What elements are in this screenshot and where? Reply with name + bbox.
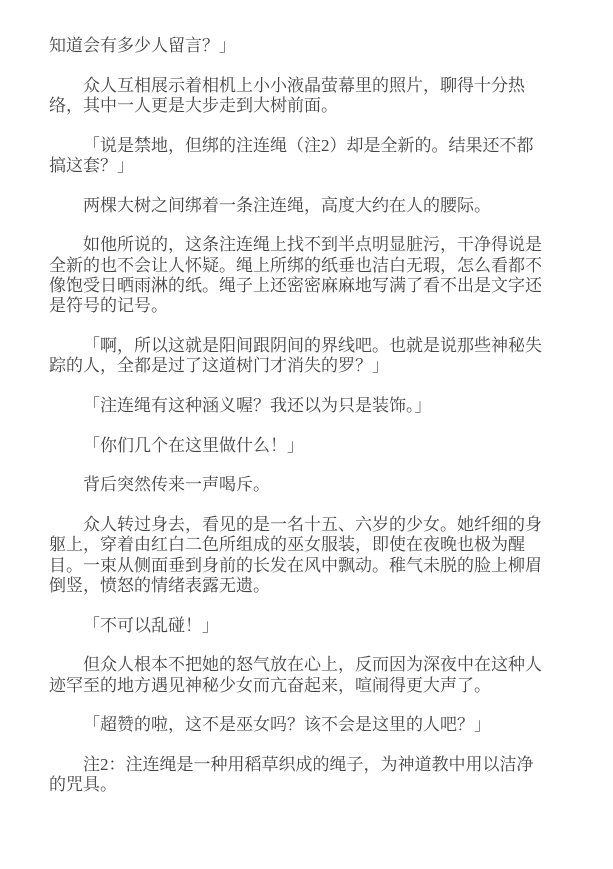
dialogue-paragraph: 「注连绳有这种涵义喔？我还以为只是装饰。」 [49,396,549,416]
paragraph: 两棵大树之间绑着一条注连绳，高度大约在人的腰际。 [49,196,549,216]
novel-page: 知道会有多少人留言？」 众人互相展示着相机上小小液晶萤幕里的照片，聊得十分热络，… [0,0,613,869]
paragraph: 但众人根本不把她的怒气放在心上，反而因为深夜中在这种人迹罕至的地方遇见神秘少女而… [49,655,549,696]
dialogue-paragraph: 「你们几个在这里做什么！」 [49,436,549,456]
paragraph: 众人互相展示着相机上小小液晶萤幕里的照片，聊得十分热络，其中一人更是大步走到大树… [49,76,549,117]
dialogue-paragraph: 「不可以乱碰！」 [49,616,549,636]
footnote-paragraph: 注2：注连绳是一种用稻草织成的绳子，为神道教中用以洁净的咒具。 [49,755,549,796]
paragraph: 众人转过身去，看见的是一名十五、六岁的少女。她纤细的身躯上，穿着由红白二色所组成… [49,515,549,597]
paragraph: 背后突然传来一声喝斥。 [49,475,549,495]
paragraph: 如他所说的，这条注连绳上找不到半点明显脏污，干净得说是全新的也不会让人怀疑。绳上… [49,235,549,317]
dialogue-paragraph: 「说是禁地，但绑的注连绳（注2）却是全新的。结果还不都搞这套？」 [49,136,549,177]
dialogue-paragraph: 「啊，所以这就是阳间跟阴间的界线吧。也就是说那些神秘失踪的人，全都是过了这道树门… [49,336,549,377]
dialogue-paragraph: 「超赞的啦，这不是巫女吗？该不会是这里的人吧？」 [49,715,549,735]
paragraph-continuation: 知道会有多少人留言？」 [49,36,549,56]
